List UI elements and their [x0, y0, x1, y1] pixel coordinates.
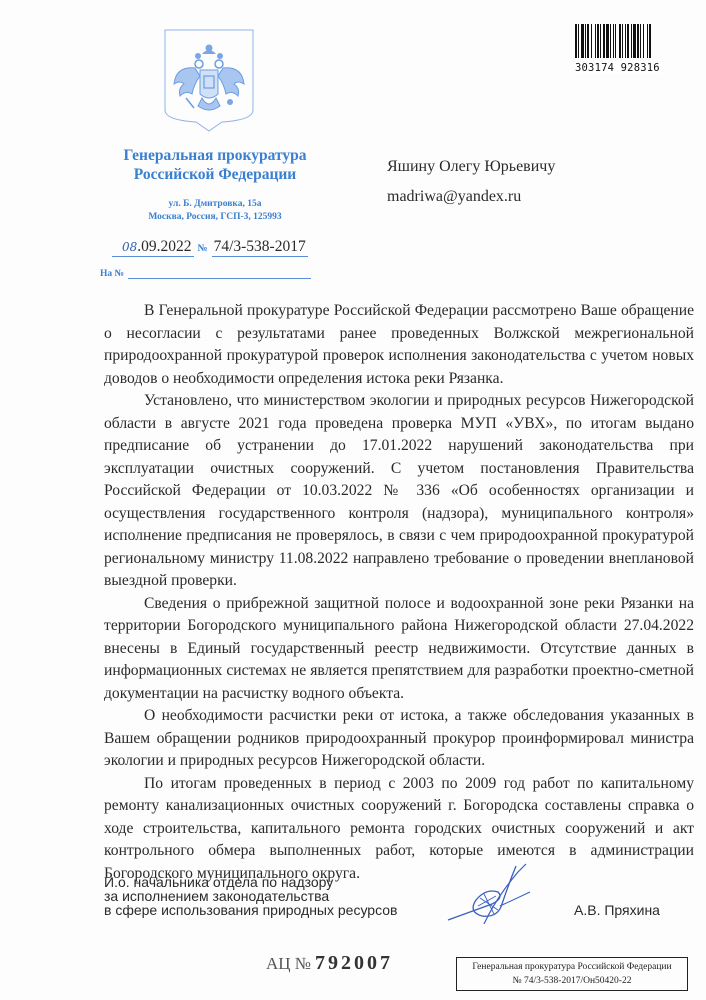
- body-paragraph: В Генеральной прокуратуре Российской Фед…: [104, 300, 694, 390]
- outgoing-registration-line: 08.09.2022№74/3-538-2017: [112, 238, 308, 257]
- handwritten-signature-icon: [440, 862, 535, 932]
- barcode-number: 303174 928316: [575, 62, 662, 74]
- body-paragraph: Установлено, что министерством экологии …: [104, 390, 694, 593]
- outgoing-date: 08.09.2022: [112, 238, 194, 257]
- signer-title-line-1: И.о. начальника отдела по надзору: [104, 875, 397, 889]
- address-line-2: Москва, Россия, ГСП-3, 125993: [100, 211, 330, 224]
- reply-to-blank: [128, 268, 311, 279]
- organization-name: Генеральная прокуратура Российской Федер…: [100, 146, 330, 184]
- organization-address: ул. Б. Дмитровка, 15а Москва, Россия, ГС…: [100, 198, 330, 224]
- handwritten-day: 08: [122, 240, 137, 254]
- reply-to-line: На №: [100, 268, 311, 279]
- number-sign: №: [198, 243, 208, 254]
- organization-name-line-1: Генеральная прокуратура: [100, 146, 330, 165]
- body-paragraph: По итогам проведенных в период с 2003 по…: [104, 773, 694, 886]
- registration-stamp: Генеральная прокуратура Российской Федер…: [456, 957, 688, 991]
- signer-name: А.В. Пряхина: [574, 902, 660, 918]
- addressee-block: Яшину Олегу Юрьевичу madriwa@yandex.ru: [387, 152, 555, 212]
- ac-number-value: 792007: [315, 952, 393, 974]
- signer-title-line-3: в сфере использования природных ресурсов: [104, 903, 397, 917]
- ac-serial-number: АЦ №792007: [266, 952, 393, 975]
- date-month-year: .09.2022: [137, 238, 191, 255]
- outgoing-number: 74/3-538-2017: [212, 238, 308, 257]
- signer-title-line-2: за исполнением законодательства: [104, 889, 397, 903]
- stamp-line-2: № 74/3-538-2017/Он50420-22: [457, 974, 687, 988]
- letter-page: Генеральная прокуратура Российской Федер…: [0, 0, 706, 1000]
- addressee-email: madriwa@yandex.ru: [387, 182, 555, 212]
- reply-to-label: На №: [100, 269, 124, 279]
- signer-title: И.о. начальника отдела по надзору за исп…: [104, 875, 397, 917]
- address-line-1: ул. Б. Дмитровка, 15а: [100, 198, 330, 211]
- body-paragraph: Сведения о прибрежной защитной полосе и …: [104, 593, 694, 706]
- stamp-line-1: Генеральная прокуратура Российской Федер…: [457, 960, 687, 974]
- ac-label: АЦ №: [266, 954, 311, 973]
- russian-coat-of-arms-icon: [162, 28, 256, 132]
- addressee-name: Яшину Олегу Юрьевичу: [387, 152, 555, 182]
- organization-name-line-2: Российской Федерации: [100, 165, 330, 184]
- body-paragraph: О необходимости расчистки реки от истока…: [104, 705, 694, 773]
- barcode-bars: [575, 24, 687, 58]
- letter-body: В Генеральной прокуратуре Российской Фед…: [104, 300, 694, 885]
- document-barcode: 303174 928316: [575, 24, 687, 76]
